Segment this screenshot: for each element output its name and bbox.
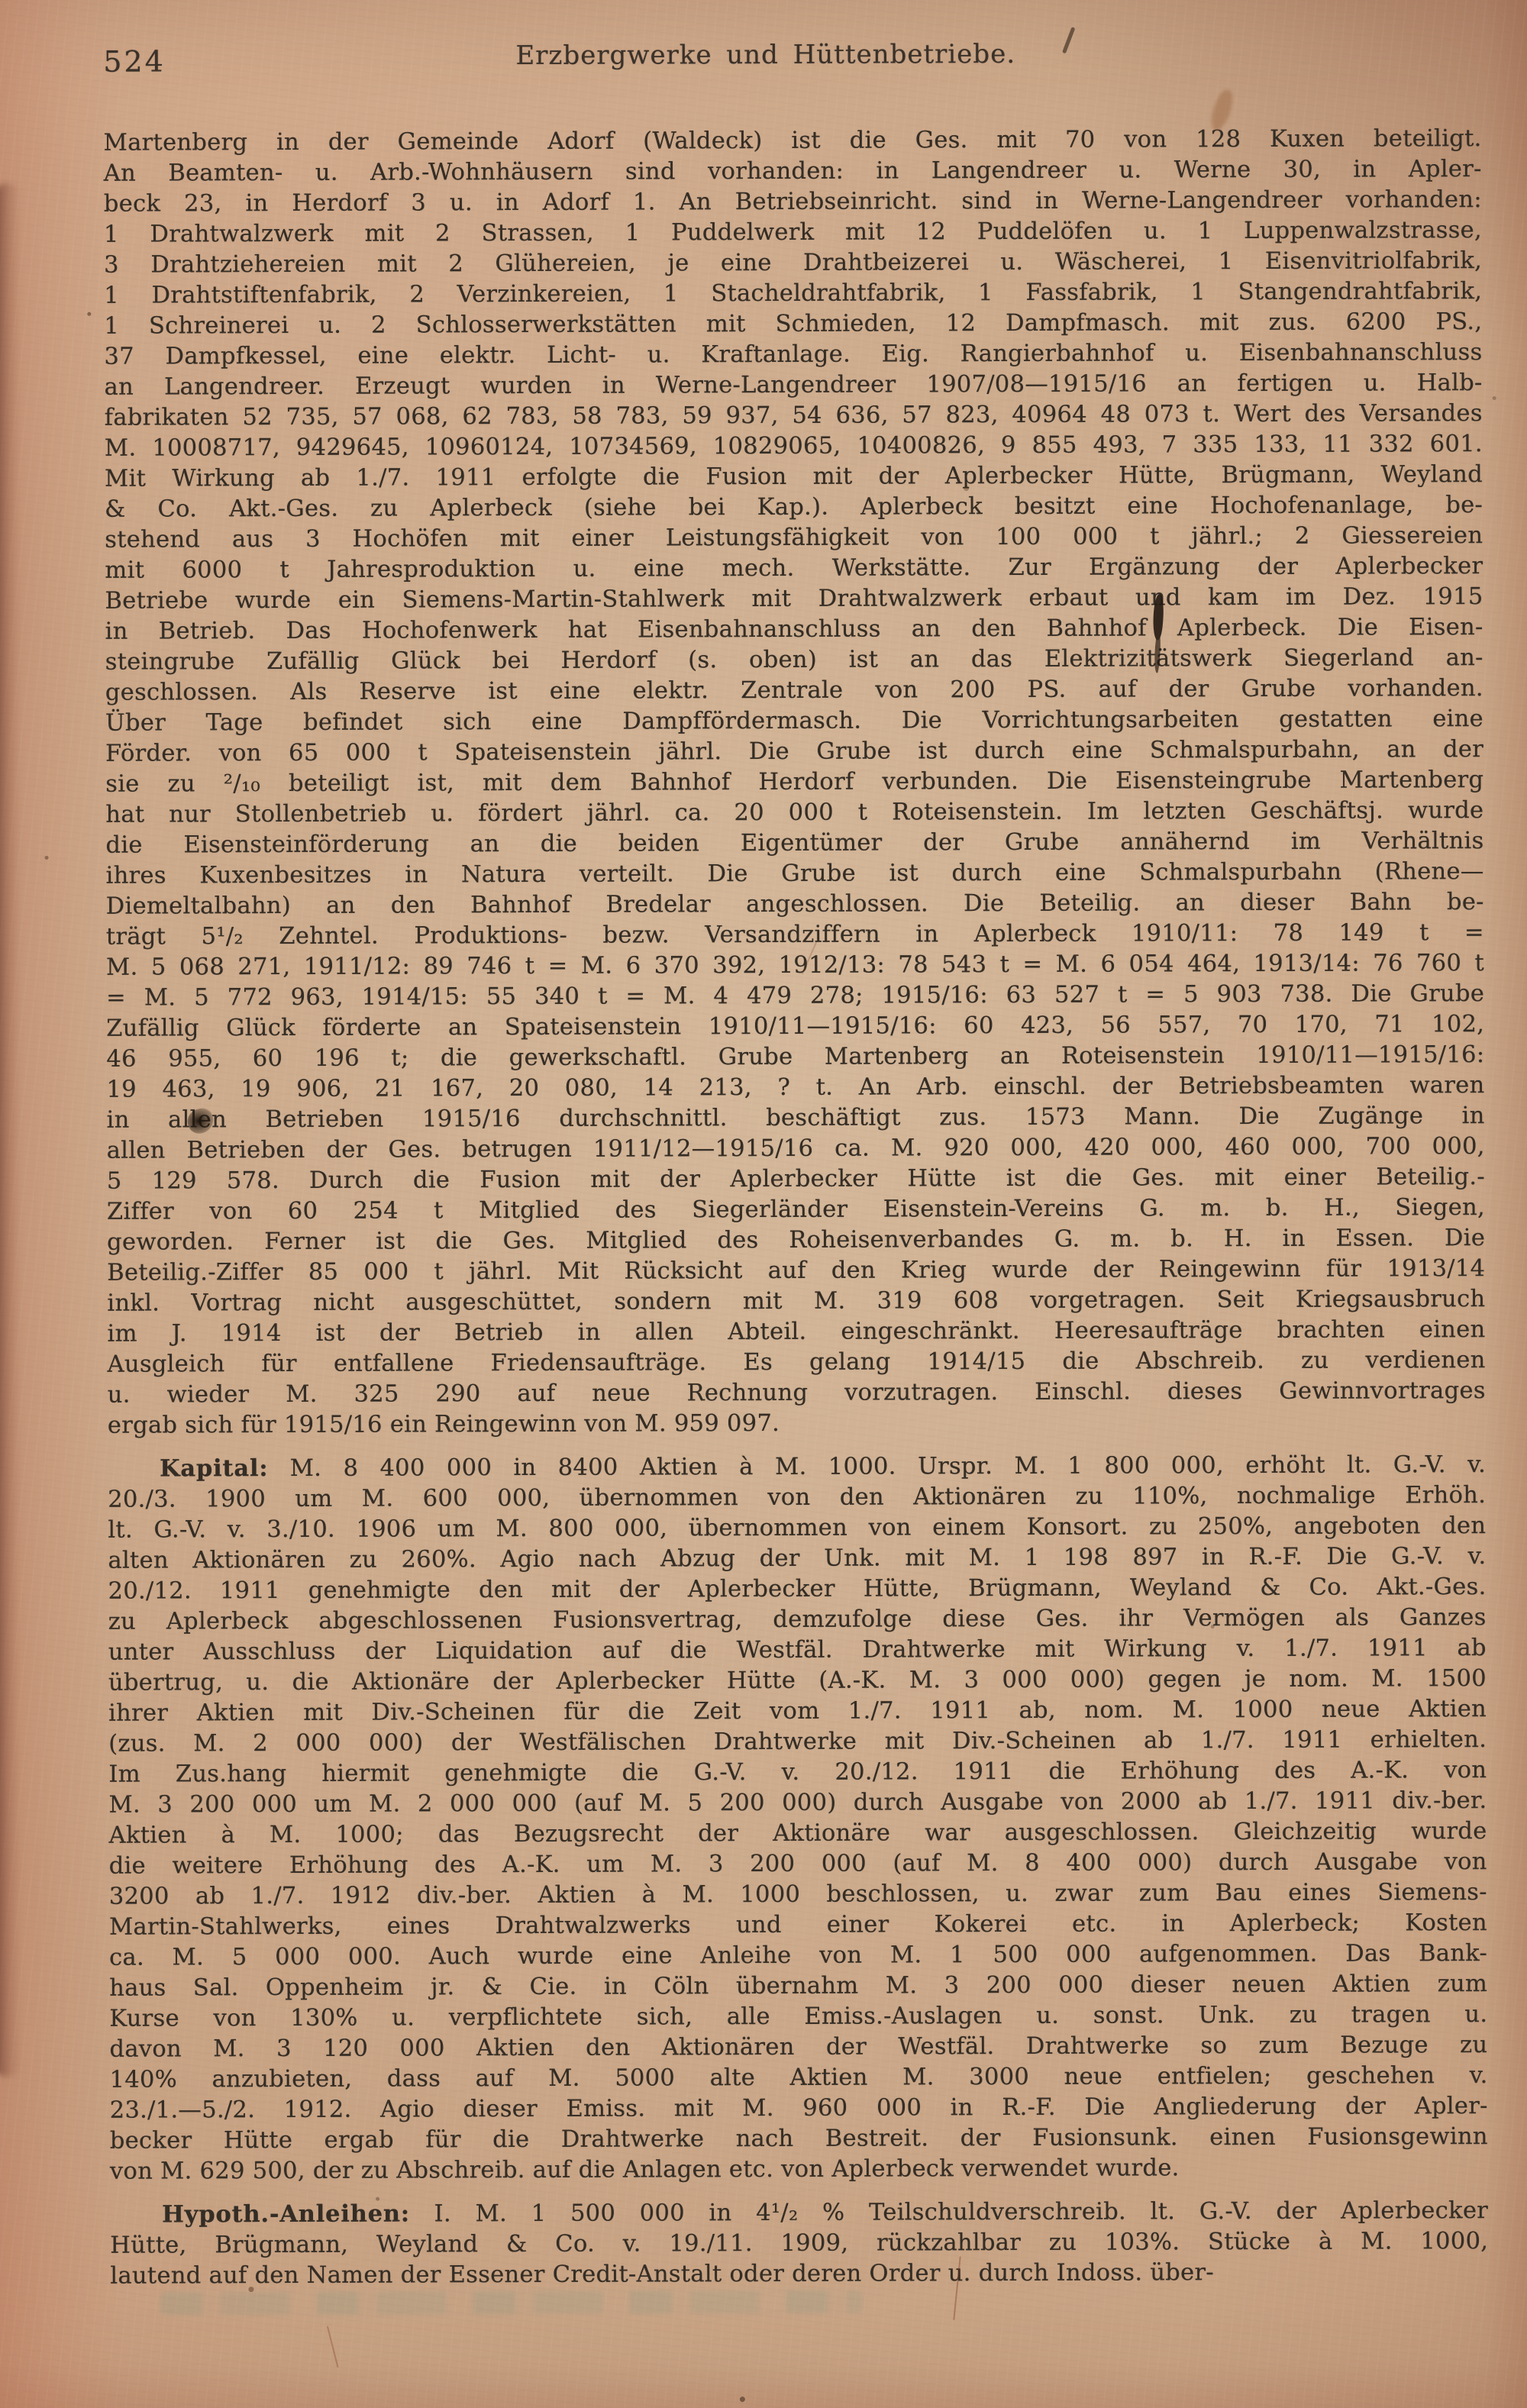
paragraph-kapital: Kapital: M. 8 400 000 in 8400 Aktien à M…	[108, 1449, 1488, 2187]
text-line: Förder. von 65 000 t Spateisenstein jähr…	[105, 734, 1483, 770]
text-line: ca. M. 5 000 000. Auch wurde eine Anleih…	[109, 1938, 1487, 1974]
text-line: allen Betrieben der Ges. betrugen 1911/1…	[107, 1131, 1485, 1167]
text-line: 20./3. 1900 um M. 600 000, übernommen vo…	[108, 1480, 1486, 1515]
text-line: inkl. Vortrag nicht ausgeschüttet, sonde…	[107, 1284, 1485, 1319]
text-line: davon M. 3 120 000 Aktien den Aktionären…	[109, 2030, 1487, 2065]
text-line: Ziffer von 60 254 t Mitglied des Siegerl…	[107, 1193, 1485, 1228]
text-line: hat nur Stollenbetrieb u. fördert jährl.…	[105, 796, 1483, 831]
text-line: 5 129 578. Durch die Fusion mit der Aple…	[107, 1162, 1485, 1197]
text-line: sie zu ²/₁₀ beteiligt ist, mit dem Bahnh…	[105, 765, 1483, 800]
text-line: Diemeltalbahn) an den Bahnhof Bredelar a…	[106, 887, 1484, 922]
text-line: becker Hütte ergab für die Drahtwerke na…	[110, 2122, 1488, 2157]
paragraph-hypoth-anleihen: Hypoth.-Anleihen: I. M. 1 500 000 in 4¹/…	[110, 2195, 1488, 2292]
text-line: Über Tage befindet sich eine Dampfförder…	[105, 704, 1483, 739]
text-line: 1 Drahtstiftenfabrik, 2 Verzinkereien, 1…	[104, 276, 1482, 311]
text-line: in Betrieb. Das Hochofenwerk hat Eisenba…	[105, 612, 1483, 647]
text-line: Aktien à M. 1000; das Bezugsrecht der Ak…	[109, 1816, 1487, 1851]
text-line: 3200 ab 1./7. 1912 div.-ber. Aktien à M.…	[109, 1877, 1487, 1913]
text-line: in allen Betrieben 1915/16 durchschnittl…	[107, 1101, 1485, 1136]
text-line: Im Zus.hang hiermit genehmigte die G.-V.…	[108, 1755, 1487, 1790]
running-title: Erzbergwerke und Hüttenbetriebe.	[103, 37, 1481, 73]
running-head: 524 Erzbergwerke und Hüttenbetriebe.	[103, 37, 1481, 80]
text-line: übertrug, u. die Aktionäre der Aplerbeck…	[108, 1664, 1487, 1699]
text-line: geschlossen. Als Reserve ist eine elektr…	[105, 673, 1483, 709]
text-line: Ausgleich für entfallene Friedensaufträg…	[108, 1345, 1486, 1380]
show-through-ghost-text	[160, 2290, 862, 2316]
text-line: fabrikaten 52 735, 57 068, 62 783, 58 78…	[105, 399, 1483, 434]
text-line: ergab sich für 1915/16 ein Reingewinn vo…	[108, 1406, 1486, 1441]
text-line: u. wieder M. 325 290 auf neue Rechnung v…	[108, 1376, 1486, 1411]
text-line: Hütte, Brügmann, Weyland & Co. v. 19./11…	[110, 2226, 1488, 2261]
text-line: Mit Wirkung ab 1./7. 1911 erfolgte die F…	[105, 460, 1483, 495]
paragraph-lead: Hypoth.-Anleihen:	[162, 2200, 410, 2228]
scanned-book-page: { "page": { "number": "524", "running_ti…	[0, 0, 1527, 2408]
paragraph-continuation: Martenberg in der Gemeinde Adorf (Waldec…	[104, 124, 1486, 1441]
text-line: = M. 5 772 963, 1914/15: 55 340 t = M. 4…	[106, 979, 1484, 1014]
printed-sheet: 524 Erzbergwerke und Hüttenbetriebe. Mar…	[0, 0, 1527, 2408]
text-line: 3 Drahtziehereien mit 2 Glühereien, je e…	[104, 246, 1482, 281]
text-line: stehend aus 3 Hochöfen mit einer Leistun…	[105, 521, 1483, 556]
text-line: Martenberg in der Gemeinde Adorf (Waldec…	[104, 124, 1482, 159]
text-line: M. 3 200 000 um M. 2 000 000 (auf M. 5 2…	[108, 1786, 1487, 1821]
text-line: ihres Kuxenbesitzes in Natura verteilt. …	[106, 857, 1484, 892]
text-line: mit 6000 t Jahresproduktion u. eine mech…	[105, 551, 1483, 586]
paper-specks	[87, 312, 91, 316]
text-line: Martin-Stahlwerks, eines Drahtwalzwerks …	[109, 1908, 1487, 1943]
text-line: Kapital: M. 8 400 000 in 8400 Aktien à M…	[108, 1449, 1486, 1485]
text-line: 1 Drahtwalzwerk mit 2 Strassen, 1 Puddel…	[104, 215, 1482, 250]
text-line: 1 Schreinerei u. 2 Schlosserwerkstätten …	[104, 307, 1482, 342]
text-line: unter Ausschluss der Liquidation auf die…	[108, 1633, 1487, 1668]
text-line: 140% anzubieten, dass auf M. 5000 alte A…	[110, 2061, 1488, 2096]
text-line: Zufällig Glück förderte an Spateisenstei…	[106, 1009, 1484, 1044]
text-line: Hypoth.-Anleihen: I. M. 1 500 000 in 4¹/…	[110, 2195, 1488, 2231]
paper-fiber-scratch	[327, 2326, 339, 2368]
text-line: & Co. Akt.-Ges. zu Aplerbeck (siehe bei …	[105, 490, 1483, 525]
text-line: Betriebe wurde ein Siemens-Martin-Stahlw…	[105, 582, 1483, 617]
text-line: Beteilig.-Ziffer 85 000 t jährl. Mit Rüc…	[107, 1254, 1485, 1289]
text-line: 37 Dampfkessel, eine elektr. Licht- u. K…	[104, 337, 1482, 373]
text-line: trägt 5¹/₂ Zehntel. Produktions- bezw. V…	[106, 918, 1484, 953]
text-line: 23./1.—5./2. 1912. Agio dieser Emiss. mi…	[110, 2091, 1488, 2126]
text-line: 19 463, 19 906, 21 167, 20 080, 14 213, …	[106, 1070, 1484, 1106]
text-block: Martenberg in der Gemeinde Adorf (Waldec…	[104, 124, 1489, 2292]
text-line: geworden. Ferner ist die Ges. Mitglied d…	[107, 1223, 1485, 1258]
text-line: M. 5 068 271, 1911/12: 89 746 t = M. 6 3…	[106, 948, 1484, 983]
text-line: steingrube Zufällig Glück bei Herdorf (s…	[105, 643, 1483, 678]
text-line: 20./12. 1911 genehmigte den mit der Aple…	[108, 1572, 1487, 1607]
paragraph-lead: Kapital:	[160, 1454, 268, 1482]
text-line: zu Aplerbeck abgeschlossenen Fusionsvert…	[108, 1603, 1487, 1638]
text-line: beck 23, in Herdorf 3 u. in Adorf 1. An …	[104, 185, 1482, 220]
text-line: die Eisensteinförderung an die beiden Ei…	[105, 826, 1483, 861]
text-line: lautend auf den Namen der Essener Credit…	[110, 2257, 1488, 2292]
text-line: an Langendreer. Erzeugt wurden in Werne-…	[105, 368, 1483, 403]
text-line: haus Sal. Oppenheim jr. & Cie. in Cöln ü…	[109, 1969, 1487, 2004]
text-line: die weitere Erhöhung des A.-K. um M. 3 2…	[109, 1847, 1487, 1882]
text-line: M. 10008717, 9429645, 10960124, 10734569…	[105, 429, 1483, 464]
text-line: lt. G.-V. v. 3./10. 1906 um M. 800 000, …	[108, 1511, 1486, 1546]
text-line: 46 955, 60 196 t; die gewerkschaftl. Gru…	[106, 1040, 1484, 1075]
text-line: An Beamten- u. Arb.-Wohnhäusern sind vor…	[104, 154, 1482, 189]
text-line: alten Aktionären zu 260%. Agio nach Abzu…	[108, 1541, 1486, 1577]
page-number: 524	[103, 44, 166, 78]
text-line: im J. 1914 ist der Betrieb in allen Abte…	[107, 1315, 1485, 1350]
text-line: Kurse von 130% u. verpflichtete sich, al…	[109, 2000, 1487, 2035]
text-line: ihrer Aktien mit Div.-Scheinen für die Z…	[108, 1694, 1487, 1729]
text-line: von M. 629 500, der zu Abschreib. auf di…	[110, 2152, 1488, 2187]
text-line: (zus. M. 2 000 000) der Westfälischen Dr…	[108, 1725, 1487, 1760]
